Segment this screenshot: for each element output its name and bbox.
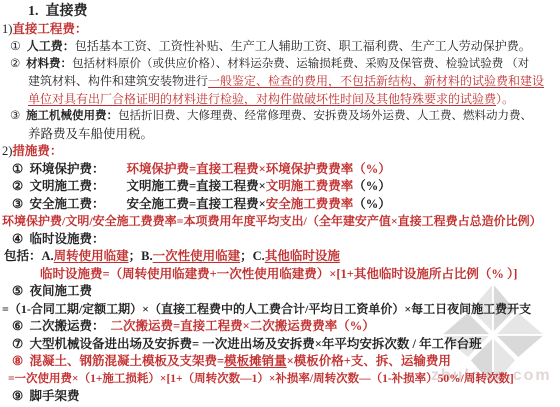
text-span: 包括：A. (4, 248, 54, 266)
text-span: 文明施工费： (29, 178, 104, 196)
text-line: ⑨ 脚手架费 (0, 388, 560, 406)
text-span: 二次搬运费： (29, 318, 104, 336)
text-line: ⑤ 夜间施工费 (0, 283, 560, 301)
text-span: ① (10, 38, 27, 56)
text-span: 模板摊销量 (224, 353, 287, 371)
text-span: 1) (2, 21, 12, 39)
text-span: =（1-合同工期/定额工期）×（直接工程费中的人工费合计/平均日工资单价）×每工… (2, 301, 531, 319)
text-line: 养路费及车船使用税。 (0, 126, 560, 144)
text-span: ；B. (129, 248, 153, 266)
text-span: 一次性使用临建 (153, 248, 241, 266)
text-span: 措施费： (12, 143, 62, 161)
text-line: ⑦ 大型机械设备进出场及安拆费= 一次进出场及安拆费×年平均安拆次数 / 年工作… (0, 336, 560, 354)
text-span: 临时设施费=（周转使用临建费+一次性使用临建费）×[1+其他临时设施所占比例（%… (40, 266, 517, 284)
text-line: ⑥ 二次搬运费：二次搬运费=直接工程费×二次搬运费费率（%） (0, 318, 560, 336)
text-span: ）。 (496, 91, 514, 109)
text-span: 安全施工费=直接工程费× (126, 196, 265, 214)
text-span: ③ (12, 196, 29, 214)
text-span: ② (12, 178, 29, 196)
text-line: 环境保护费/文明/安全施工费费率=本项费用年度平均支出/（全年建安产值×直接工程… (0, 213, 560, 231)
text-span: ② (10, 56, 26, 74)
text-span: ×模板价格+支、拆、运输费用 (287, 353, 451, 371)
text-span: 环境保护费/文明/安全施工费费率=本项费用年度平均支出/（全年建安产值×直接工程… (2, 213, 542, 231)
text-span: 其他临时设施 (265, 248, 340, 266)
text-span: 施工机械使用费： (26, 108, 118, 126)
text-line: ③ 安全施工费：安全施工费=直接工程费×安全施工费费率（%） (0, 196, 560, 214)
text-span: =一次使用费×（1+施工损耗）×[1+（周转次数—1）×补损率/周转次数—（1-… (8, 371, 514, 389)
text-span: 2) (2, 143, 12, 161)
text-line: 2)措施费： (0, 143, 560, 161)
text-span: 二次搬运费=直接工程费×二次搬运费费率（%） (110, 318, 374, 336)
text-span: ⑥ (12, 318, 29, 336)
text-span: 周转使用临建 (54, 248, 129, 266)
text-span: 建筑材料、构件和建筑安装物进行 (28, 73, 208, 91)
text-span: ⑤ (12, 283, 29, 301)
text-span: ③ (10, 108, 26, 126)
text-span: 直接工程费： (12, 21, 87, 39)
text-span: 1. 直接费 (28, 3, 88, 21)
text-span: 文明施工费=直接工程费× (126, 178, 265, 196)
text-line: 包括：A.周转使用临建；B.一次性使用临建；C.其他临时设施 (0, 248, 560, 266)
text-line: 临时设施费=（周转使用临建费+一次性使用临建费）×[1+其他临时设施所占比例（%… (0, 266, 560, 284)
text-line: ① 环境保护费：环境保护费=直接工程费×环境保护费费率（%） (0, 161, 560, 179)
text-span: ；C. (240, 248, 265, 266)
text-span: ④ (12, 231, 29, 249)
text-span: 安全施工费： (29, 196, 104, 214)
text-span: 安全施工费费率 (266, 196, 354, 214)
text-span: 单位对具有出厂合格证明的材料进行检验，对构件做破坏性时间及其他特殊要求的试验费 (28, 91, 496, 109)
text-span: 一般鉴定、检查的费用， (208, 73, 340, 91)
text-line: 单位对具有出厂合格证明的材料进行检验，对构件做破坏性时间及其他特殊要求的试验费）… (0, 91, 560, 109)
text-span: ① (12, 161, 29, 179)
document-body: 1. 直接费1)直接工程费：① 人工费：包括基本工资、工资性补贴、生产工人辅助工… (0, 0, 560, 406)
text-span: ⑧ (12, 353, 29, 371)
text-span: 环境保护费=直接工程费×环境保护费费率（%） (126, 161, 390, 179)
text-span: 夜间施工费 (29, 283, 92, 301)
text-line: ② 文明施工费：文明施工费=直接工程费×文明施工费费率（%） (0, 178, 560, 196)
text-span: 包括材料原价（或供应价格）、材料运杂费、运输损耗费、采购及保管费、检验试验费 （… (72, 56, 529, 74)
text-line: ⑧ 混凝土、钢筋混凝土模板及支架费=模板摊销量×模板价格+支、拆、运输费用 (0, 353, 560, 371)
text-span: 人工费： (27, 38, 75, 56)
text-span: 环境保护费： (29, 161, 104, 179)
text-span: 脚手架费 (29, 388, 79, 406)
text-line: 建筑材料、构件和建筑安装物进行一般鉴定、检查的费用，不包括新结构、新材料的试验费… (0, 73, 560, 91)
text-span: 养路费及车船使用税。 (28, 126, 153, 144)
text-line: ② 材料费：包括材料原价（或供应价格）、材料运杂费、运输损耗费、采购及保管费、检… (0, 56, 560, 74)
text-span: 混凝土、钢筋混凝土模板及支架费= (29, 353, 224, 371)
text-span: ⑨ (12, 388, 29, 406)
text-span: 大型机械设备进出场及安拆费= 一次进出场及安拆费×年平均安拆次数 / 年工作台班 (29, 336, 481, 354)
text-span: 临时设施费： (29, 231, 104, 249)
text-line: =一次使用费×（1+施工损耗）×[1+（周转次数—1）×补损率/周转次数—（1-… (0, 371, 560, 389)
text-span: （%） (353, 196, 391, 214)
text-span: （%） (353, 178, 391, 196)
page: zhulong.com 1. 直接费1)直接工程费：① 人工费：包括基本工资、工… (0, 0, 560, 407)
text-span: 不包括新结构、新材料的试验费和建设 (340, 73, 544, 91)
text-line: 1)直接工程费： (0, 21, 560, 39)
text-line: =（1-合同工期/定额工期）×（直接工程费中的人工费合计/平均日工资单价）×每工… (0, 301, 560, 319)
text-span: 材料费： (26, 56, 72, 74)
text-span: ⑦ (12, 336, 29, 354)
text-span: 包括折旧费、大修理费、经常修理费、安拆费及场外运费、人工费、燃料动力费、 (118, 108, 532, 126)
text-line: ④ 临时设施费： (0, 231, 560, 249)
text-line: ① 人工费：包括基本工资、工资性补贴、生产工人辅助工资、职工福利费、生产工人劳动… (0, 38, 560, 56)
text-span: 文明施工费费率 (266, 178, 354, 196)
text-span: 包括基本工资、工资性补贴、生产工人辅助工资、职工福利费、生产工人劳动保护费。 (75, 38, 531, 56)
text-line: ③ 施工机械使用费：包括折旧费、大修理费、经常修理费、安拆费及场外运费、人工费、… (0, 108, 560, 126)
text-line: 1. 直接费 (0, 3, 560, 21)
